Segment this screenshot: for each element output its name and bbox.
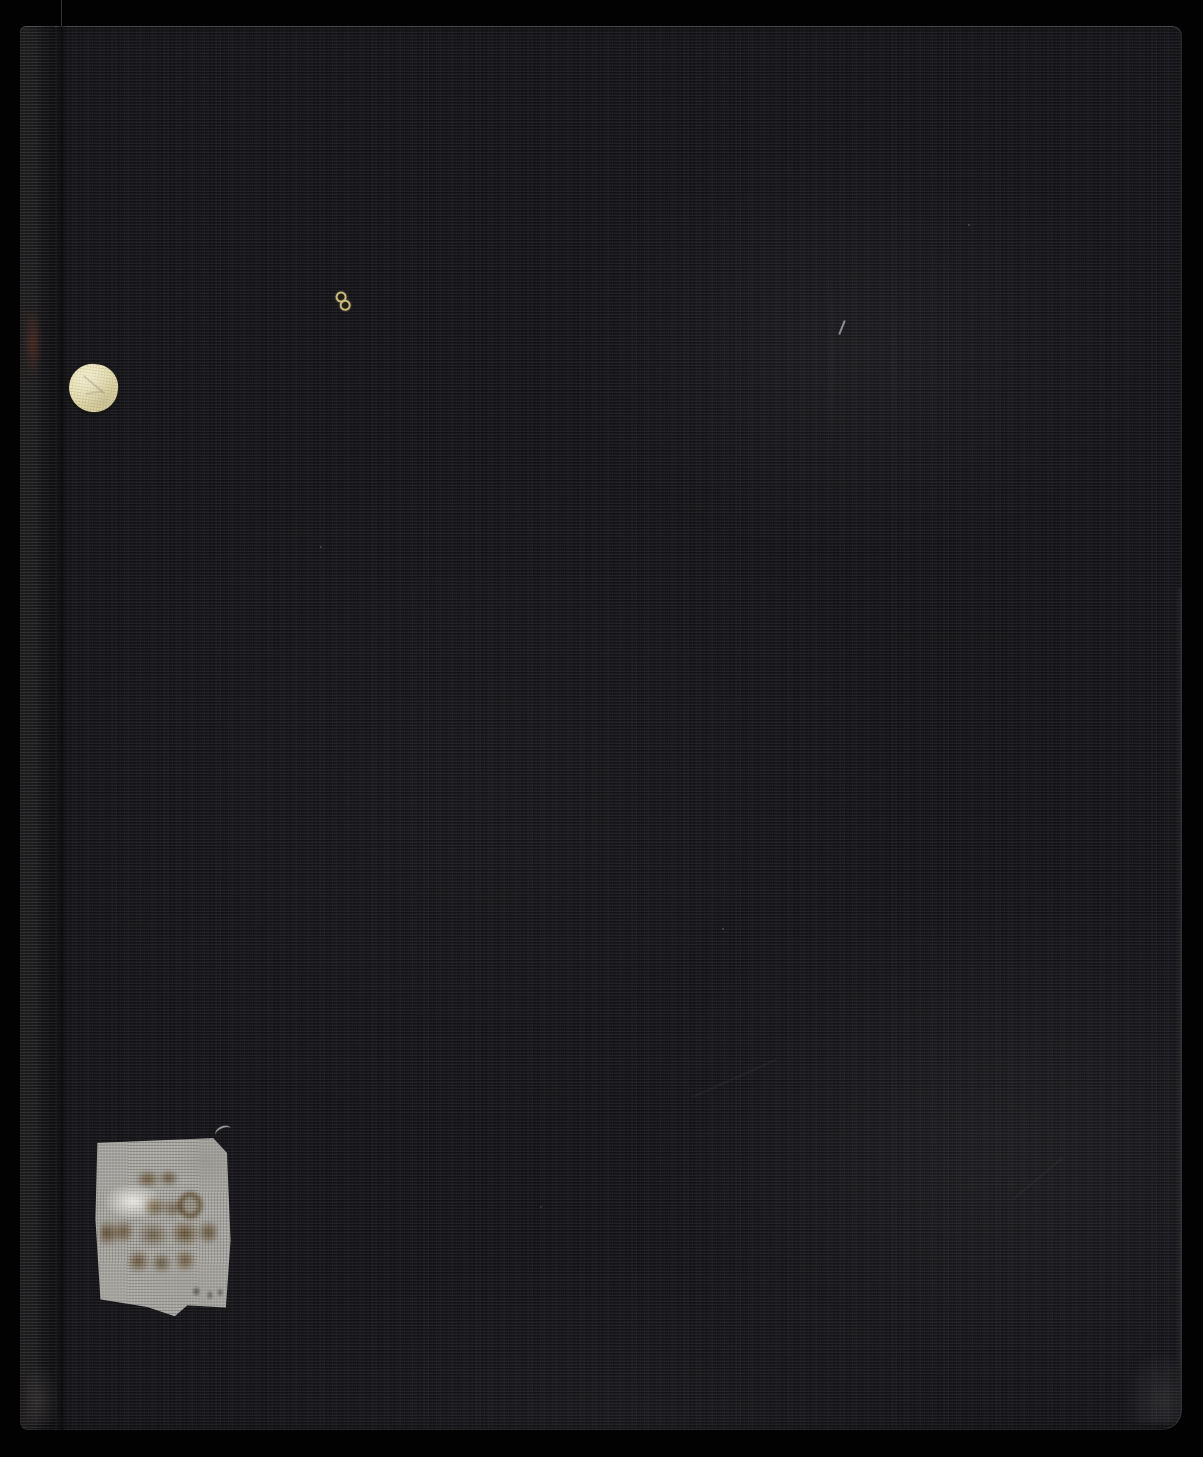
faded-text-remnant-row bbox=[100, 1220, 218, 1248]
right-edge-sheen bbox=[1175, 588, 1182, 1430]
faded-text-remnant-ring bbox=[178, 1192, 202, 1218]
dust-speck bbox=[722, 928, 724, 930]
gilt-figure-eight-mark bbox=[334, 290, 353, 316]
bottom-right-corner-sheen bbox=[1124, 1348, 1178, 1424]
scratch-mark bbox=[1013, 1158, 1063, 1200]
dust-speck bbox=[540, 1206, 542, 1208]
scratch-mark bbox=[692, 1059, 776, 1097]
faded-specks bbox=[189, 1284, 223, 1302]
sheen-streak bbox=[892, 286, 895, 446]
bottom-left-corner-wear bbox=[26, 1362, 60, 1424]
stray-thread bbox=[61, 0, 62, 27]
spine-hinge-groove bbox=[56, 26, 67, 1430]
thread-fiber bbox=[213, 1123, 233, 1140]
spine-edge bbox=[20, 26, 54, 1430]
gilt-lobe bbox=[339, 299, 352, 312]
book-cover bbox=[20, 26, 1182, 1430]
scratch-mark bbox=[838, 320, 845, 335]
faded-text-remnant-row bbox=[136, 1169, 182, 1189]
spine-wear-spot bbox=[24, 310, 42, 382]
book-cover-scan bbox=[0, 0, 1203, 1457]
sticker-scuff bbox=[86, 390, 103, 394]
sheen-streak bbox=[830, 256, 834, 466]
dust-speck bbox=[320, 546, 322, 548]
round-sticker bbox=[66, 361, 121, 415]
dust-speck bbox=[968, 224, 970, 226]
faded-text-remnant-row bbox=[128, 1248, 198, 1275]
worn-paper-label bbox=[93, 1136, 232, 1319]
